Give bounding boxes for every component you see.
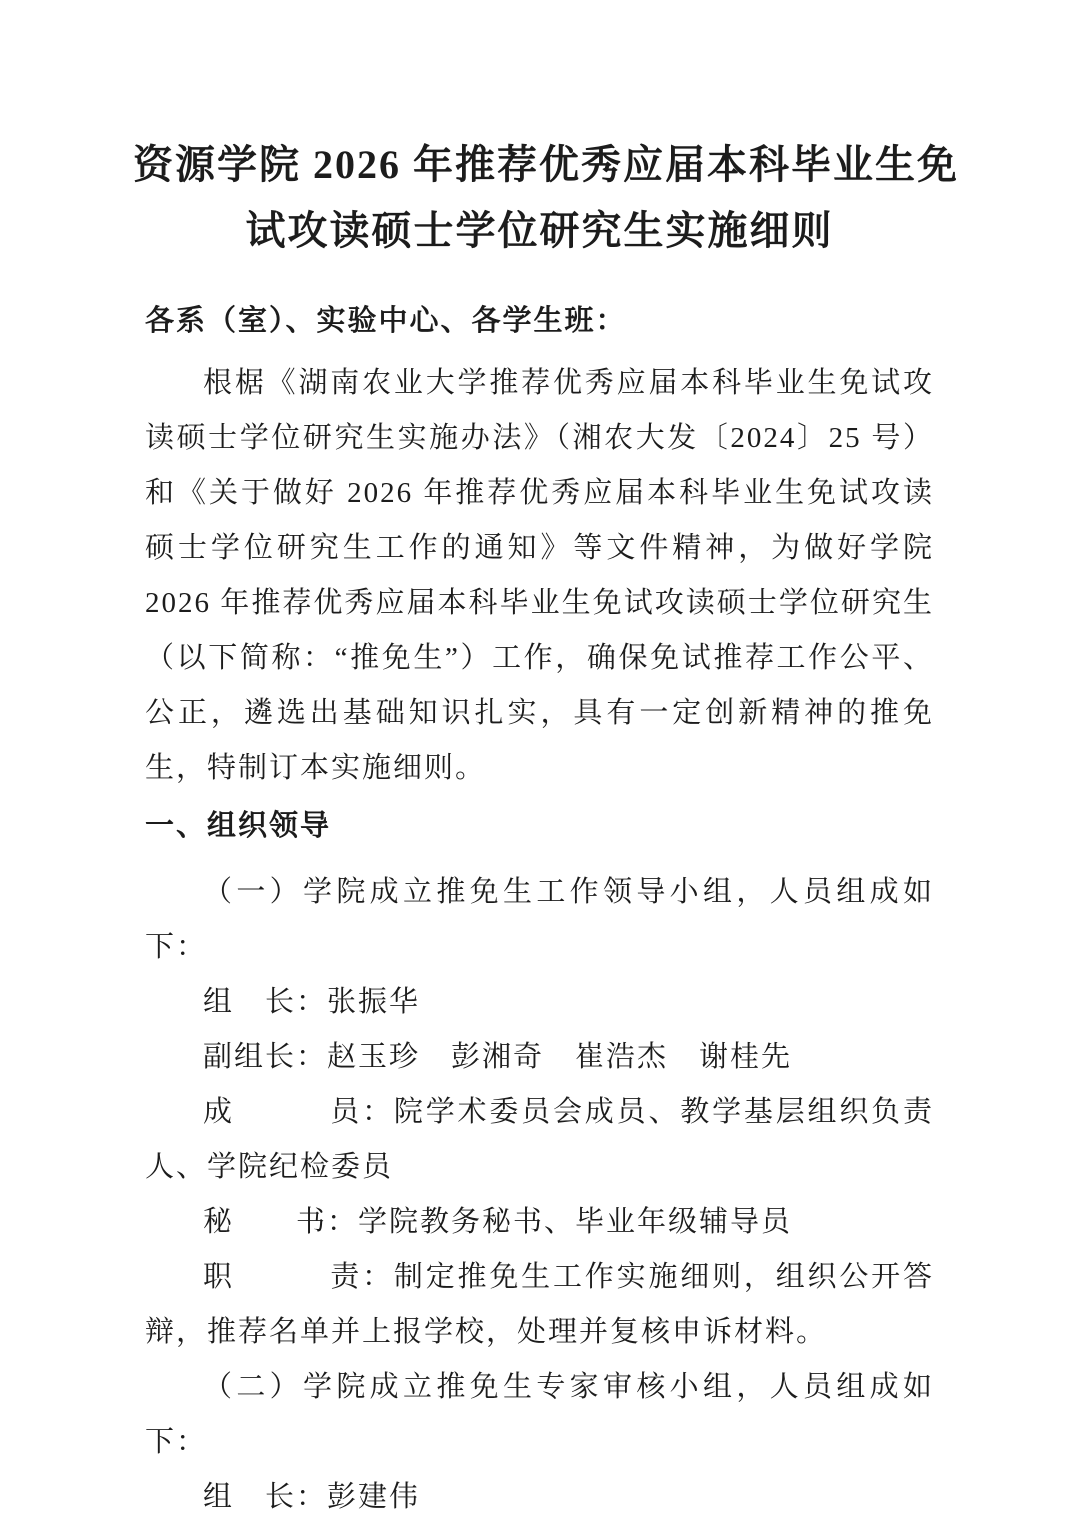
salutation-line: 各系（室）、实验中心、各学生班： (145, 294, 934, 349)
roster-line-duties: 职 责：制定推免生工作实施细则，组织公开答辩，推荐名单并上报学校，处理并复核申诉… (145, 1250, 934, 1360)
document-title: 资源学院 2026 年推荐优秀应届本科毕业生免 试攻读硕士学位研究生实施细则 (133, 132, 946, 264)
roster-line-group1-intro: （一）学院成立推免生工作领导小组，人员组成如下： (145, 865, 934, 975)
title-line-2: 试攻读硕士学位研究生实施细则 (133, 198, 946, 264)
roster-line-group2-intro: （二）学院成立推免生专家审核小组，人员组成如下： (145, 1360, 934, 1470)
title-line-1: 资源学院 2026 年推荐优秀应届本科毕业生免 (133, 132, 946, 198)
roster-line-leader: 组 长：张振华 (145, 975, 934, 1030)
roster-line-deputy-leaders: 副组长：赵玉珍 彭湘奇 崔浩杰 谢桂先 (145, 1030, 934, 1085)
document-page: 资源学院 2026 年推荐优秀应届本科毕业生免 试攻读硕士学位研究生实施细则 各… (0, 0, 1074, 1520)
roster-list: （一）学院成立推免生工作领导小组，人员组成如下： 组 长：张振华 副组长：赵玉珍… (145, 865, 934, 1520)
intro-paragraph: 根椐《湖南农业大学推荐优秀应届本科毕业生免试攻读硕士学位研究生实施办法》（湘农大… (145, 356, 934, 796)
roster-line-members: 成 员：院学术委员会成员、教学基层组织负责人、学院纪检委员 (145, 1085, 934, 1195)
roster-line-secretary: 秘 书：学院教务秘书、毕业年级辅导员 (145, 1195, 934, 1250)
roster-line-group2-leader: 组 长：彭建伟 (145, 1470, 934, 1520)
section-heading-organization: 一、组织领导 (145, 799, 934, 854)
